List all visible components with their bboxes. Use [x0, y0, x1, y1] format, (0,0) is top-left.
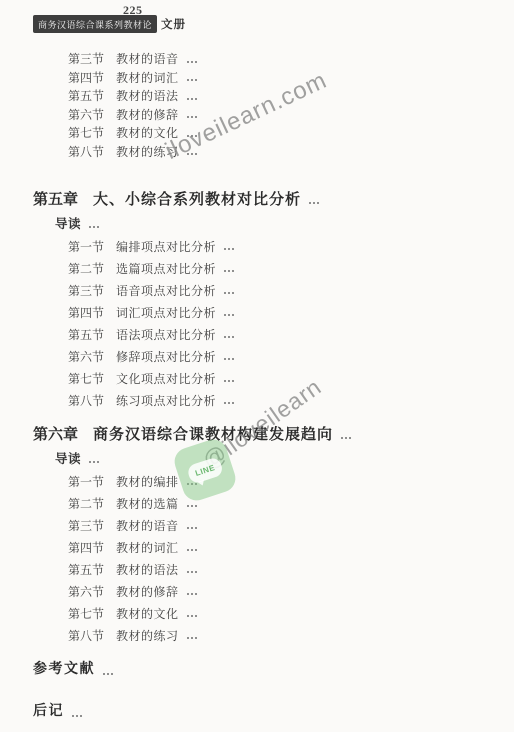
- toc-page: 商务汉语综合课系列教材论 文册 第三节 教材的语音 113 第四节 教材的词汇 …: [0, 0, 514, 732]
- dot-leader: [72, 715, 82, 717]
- toc-row: 后记 225: [33, 699, 490, 721]
- toc-row-title: 后记: [33, 704, 64, 721]
- toc-row-page-number: 225: [90, 0, 490, 721]
- toc-row-title: 导读: [55, 452, 81, 467]
- toc-row-number: 第六章: [33, 426, 78, 444]
- toc-list: 第三节 教材的语音 113 第四节 教材的词汇 117 第五节 教材的语法 12…: [33, 48, 490, 721]
- toc-row-number: 第五章: [33, 191, 78, 209]
- toc-row-title: 导读: [55, 217, 81, 232]
- toc-row-title: 参考文献: [33, 662, 95, 679]
